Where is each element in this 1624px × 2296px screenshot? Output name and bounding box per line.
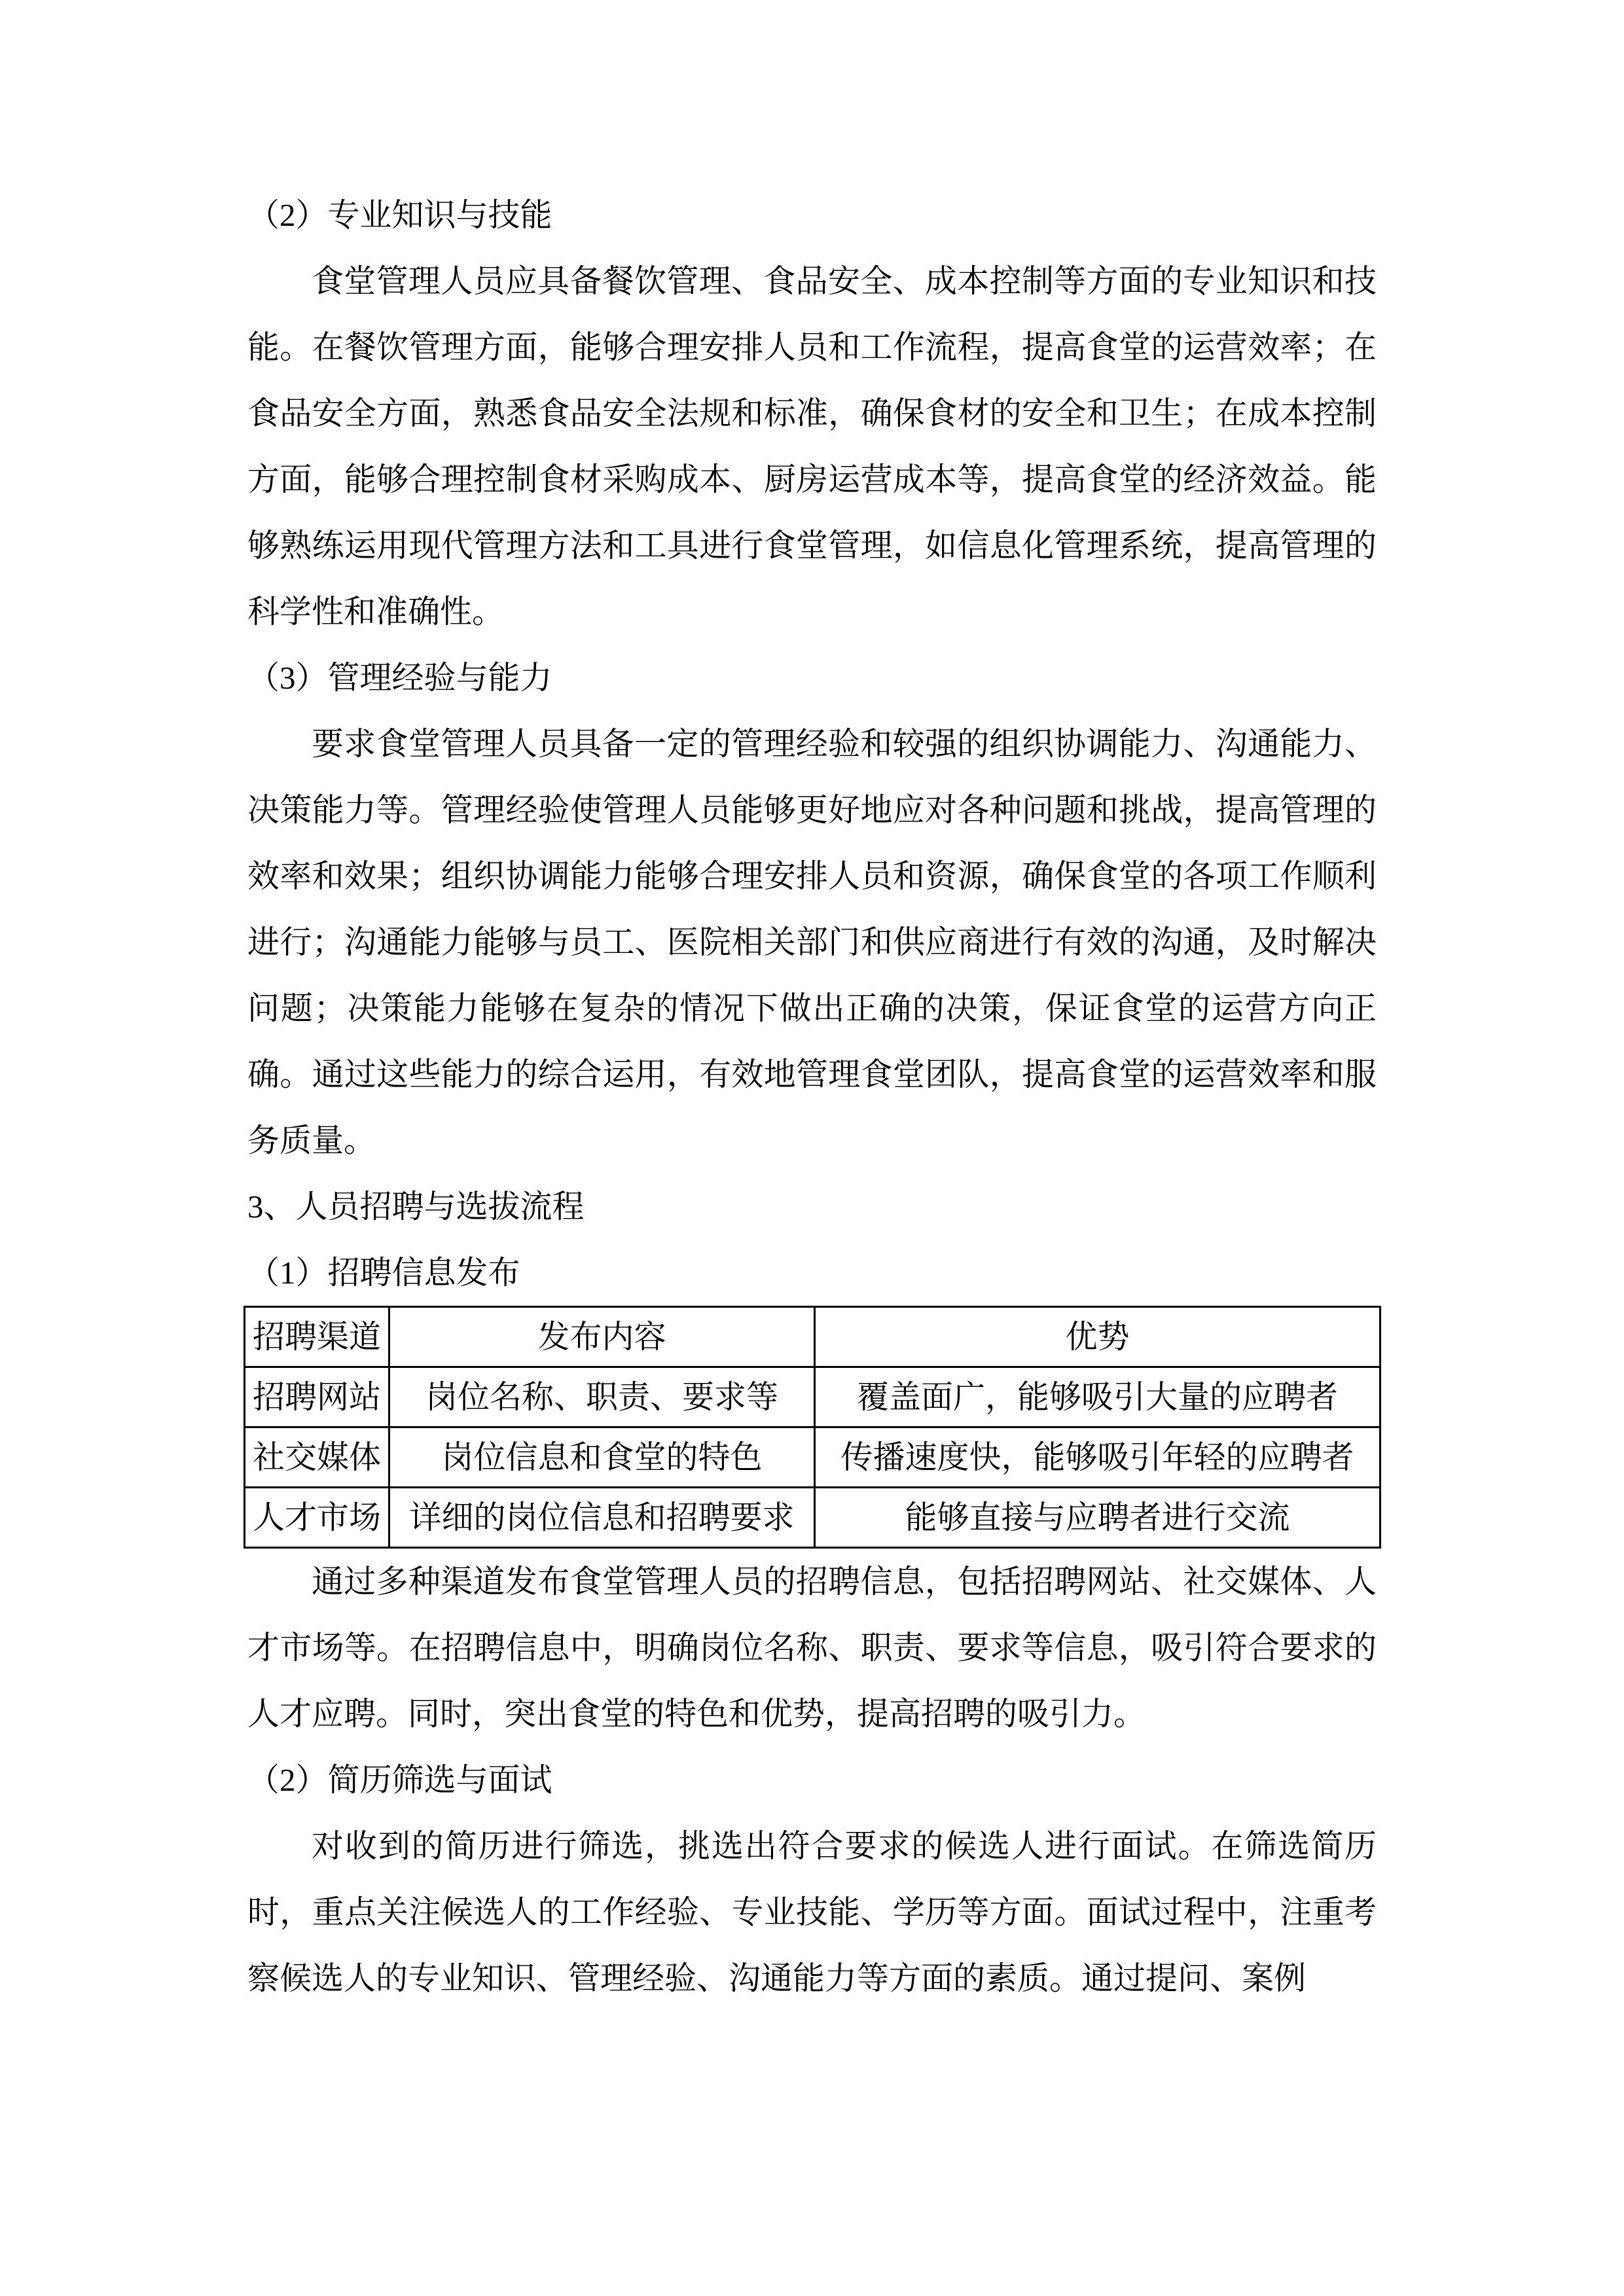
table-row-recruitment-website: 招聘网站 岗位名称、职责、要求等 覆盖面广，能够吸引大量的应聘者 — [245, 1367, 1380, 1427]
cell-market-content: 详细的岗位信息和招聘要求 — [389, 1488, 815, 1548]
paragraph-professional-skills: 食堂管理人员应具备餐饮管理、食品安全、成本控制等方面的专业知识和技能。在餐饮管理… — [247, 248, 1377, 645]
cell-website-advantage: 覆盖面广，能够吸引大量的应聘者 — [815, 1367, 1380, 1427]
header-cell-advantage: 优势 — [815, 1307, 1380, 1367]
table-row-talent-market: 人才市场 详细的岗位信息和招聘要求 能够直接与应聘者进行交流 — [245, 1488, 1380, 1548]
header-cell-published-content: 发布内容 — [389, 1307, 815, 1367]
table-row-social-media: 社交媒体 岗位信息和食堂的特色 传播速度快，能够吸引年轻的应聘者 — [245, 1427, 1380, 1488]
paragraph-resume-screening: 对收到的简历进行筛选，挑选出符合要求的候选人进行面试。在筛选简历时，重点关注候选… — [247, 1813, 1377, 2011]
header-cell-channel: 招聘渠道 — [245, 1307, 389, 1367]
document-page: （2）专业知识与技能 食堂管理人员应具备餐饮管理、食品安全、成本控制等方面的专业… — [0, 0, 1624, 2296]
cell-website-channel: 招聘网站 — [245, 1367, 389, 1427]
paragraph-channels-summary: 通过多种渠道发布食堂管理人员的招聘信息，包括招聘网站、社交媒体、人才市场等。在招… — [247, 1549, 1377, 1747]
cell-social-advantage: 传播速度快，能够吸引年轻的应聘者 — [815, 1427, 1380, 1488]
table-header-row: 招聘渠道 发布内容 优势 — [245, 1307, 1380, 1367]
cell-social-channel: 社交媒体 — [245, 1427, 389, 1488]
heading-professional-skills: （2）专业知识与技能 — [247, 182, 1377, 248]
recruitment-channels-table: 招聘渠道 发布内容 优势 招聘网站 岗位名称、职责、要求等 覆盖面广，能够吸引大… — [244, 1306, 1381, 1549]
cell-market-advantage: 能够直接与应聘者进行交流 — [815, 1488, 1380, 1548]
heading-recruitment-process: 3、人员招聘与选拔流程 — [247, 1174, 1377, 1240]
heading-management-experience: （3）管理经验与能力 — [247, 645, 1377, 711]
cell-social-content: 岗位信息和食堂的特色 — [389, 1427, 815, 1488]
heading-info-publish: （1）招聘信息发布 — [247, 1240, 1377, 1306]
heading-resume-screening: （2）简历筛选与面试 — [247, 1747, 1377, 1813]
cell-market-channel: 人才市场 — [245, 1488, 389, 1548]
cell-website-content: 岗位名称、职责、要求等 — [389, 1367, 815, 1427]
paragraph-management-experience: 要求食堂管理人员具备一定的管理经验和较强的组织协调能力、沟通能力、决策能力等。管… — [247, 711, 1377, 1174]
